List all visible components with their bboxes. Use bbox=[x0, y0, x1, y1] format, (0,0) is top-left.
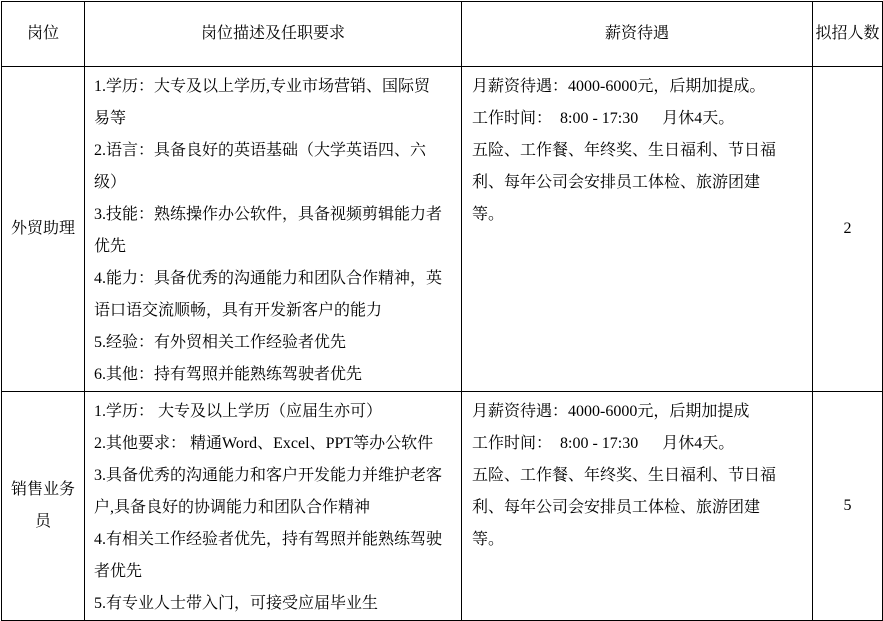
salary-line: 工作时间： 8:00 - 17:30 月休4天。 bbox=[472, 428, 788, 460]
headcount-cell: 2 bbox=[813, 67, 883, 392]
requirement-item: 2.语言：具备良好的英语基础（大学英语四、六级） bbox=[94, 135, 443, 199]
salary-cell: 月薪资待遇：4000-6000元，后期加提成。 工作时间： 8:00 - 17:… bbox=[462, 67, 813, 392]
page: 岗位 岗位描述及任职要求 薪资待遇 拟招人数 外贸助理 1.学历：大专及以上学历… bbox=[0, 1, 883, 619]
requirement-item: 3.具备优秀的沟通能力和客户开发能力并维护老客户,具备良好的协调能力和团队合作精… bbox=[94, 460, 443, 524]
header-cell-description: 岗位描述及任职要求 bbox=[85, 2, 462, 67]
requirement-item: 5.经验：有外贸相关工作经验者优先 bbox=[94, 327, 443, 359]
requirements-cell: 1.学历： 大专及以上学历（应届生亦可） 2.其他要求： 精通Word、Exce… bbox=[85, 392, 462, 621]
salary-cell: 月薪资待遇：4000-6000元，后期加提成 工作时间： 8:00 - 17:3… bbox=[462, 392, 813, 621]
requirements-cell: 1.学历：大专及以上学历,专业市场营销、国际贸易等 2.语言：具备良好的英语基础… bbox=[85, 67, 462, 392]
salary-line: 月薪资待遇：4000-6000元，后期加提成 bbox=[472, 396, 788, 428]
requirement-item: 2.其他要求： 精通Word、Excel、PPT等办公软件 bbox=[94, 428, 443, 460]
salary-line: 月薪资待遇：4000-6000元，后期加提成。 bbox=[472, 71, 788, 103]
headcount-cell: 5 bbox=[813, 392, 883, 621]
requirement-item: 6.其他：持有驾照并能熟练驾驶者优先 bbox=[94, 359, 443, 391]
position-cell: 外贸助理 bbox=[2, 67, 85, 392]
requirement-item: 4.能力：具备优秀的沟通能力和团队合作精神，英语口语交流顺畅，具有开发新客户的能… bbox=[94, 263, 443, 327]
requirement-item: 4.有相关工作经验者优先，持有驾照并能熟练驾驶者优先 bbox=[94, 524, 443, 588]
position-cell: 销售业务员 bbox=[2, 392, 85, 621]
salary-line: 工作时间： 8:00 - 17:30 月休4天。 bbox=[472, 103, 788, 135]
requirement-item: 5.有专业人士带入门，可接受应届毕业生 bbox=[94, 588, 443, 620]
header-cell-salary: 薪资待遇 bbox=[462, 2, 813, 67]
table-row-sales-representative: 销售业务员 1.学历： 大专及以上学历（应届生亦可） 2.其他要求： 精通Wor… bbox=[2, 392, 883, 621]
salary-line: 五险、工作餐、年终奖、生日福利、节日福利、每年公司会安排员工体检、旅游团建等。 bbox=[472, 135, 788, 231]
salary-line: 五险、工作餐、年终奖、生日福利、节日福利、每年公司会安排员工体检、旅游团建等。 bbox=[472, 460, 788, 556]
job-postings-table: 岗位 岗位描述及任职要求 薪资待遇 拟招人数 外贸助理 1.学历：大专及以上学历… bbox=[1, 1, 883, 621]
requirement-item: 1.学历：大专及以上学历,专业市场营销、国际贸易等 bbox=[94, 71, 443, 135]
header-cell-position: 岗位 bbox=[2, 2, 85, 67]
requirement-item: 1.学历： 大专及以上学历（应届生亦可） bbox=[94, 396, 443, 428]
header-cell-headcount: 拟招人数 bbox=[813, 2, 883, 67]
requirement-item: 3.技能：熟练操作办公软件，具备视频剪辑能力者优先 bbox=[94, 199, 443, 263]
table-row-foreign-trade-assistant: 外贸助理 1.学历：大专及以上学历,专业市场营销、国际贸易等 2.语言：具备良好… bbox=[2, 67, 883, 392]
header-row: 岗位 岗位描述及任职要求 薪资待遇 拟招人数 bbox=[2, 2, 883, 67]
